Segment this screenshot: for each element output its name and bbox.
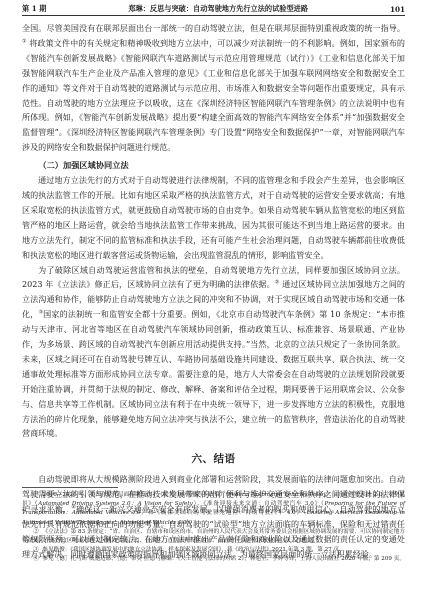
footnote: ③ 参见路俊：《我国区域协调发展中的地方立法协调：样本探索及发展空间》，载《政治… <box>22 546 405 555</box>
footnote-divider <box>22 487 118 488</box>
paragraph: 全国。尽管美国没有在联邦层面出台一部统一的自动驾驶立法，但是在联邦层面特别重视政… <box>22 22 405 156</box>
footnote: ④ 参见［德］托马斯·威施迈耶、［德］蒂莫·拉德马赫编：《人工智能与法律的对话 … <box>22 555 405 564</box>
page-number: 101 <box>390 5 405 14</box>
running-title: 郑琳：反思与突破：自动驾驶地方先行立法的试验型进路 <box>128 4 308 14</box>
running-header: 第 1 期 郑琳：反思与突破：自动驾驶地方先行立法的试验型进路 101 <box>22 3 405 15</box>
paragraph: 为了破除区域自动驾驶运营监管和执法的壁垒，自动驾驶地方先行立法，同样要加强区域协… <box>22 264 405 443</box>
subsection-heading: （二）加强区域协同立法 <box>22 158 405 173</box>
header-divider <box>22 15 405 16</box>
footnote: ① 2016—2020 年，美国在联邦层面相继发布了《联邦自动驾驶汽车政策》（F… <box>22 491 405 528</box>
section-heading: 六、结语 <box>22 452 405 467</box>
issue-label: 第 1 期 <box>22 4 46 14</box>
footnotes: ① 2016—2020 年，美国在联邦层面相继发布了《联邦自动驾驶汽车政策》（F… <box>22 491 405 565</box>
paragraph: 通过地方立法先行的方式对于自动驾驶进行法律规制，不同的监管理念和手段会产生差异，… <box>22 174 405 263</box>
footnote: ② 《立法法》第 83 条规定：“省、自治区、直辖市和设区的市、自治州的人民代表… <box>22 528 405 546</box>
article-body: 全国。尽管美国没有在联邦层面出台一部统一的自动驾驶立法，但是在联邦层面特别重视政… <box>22 22 405 563</box>
